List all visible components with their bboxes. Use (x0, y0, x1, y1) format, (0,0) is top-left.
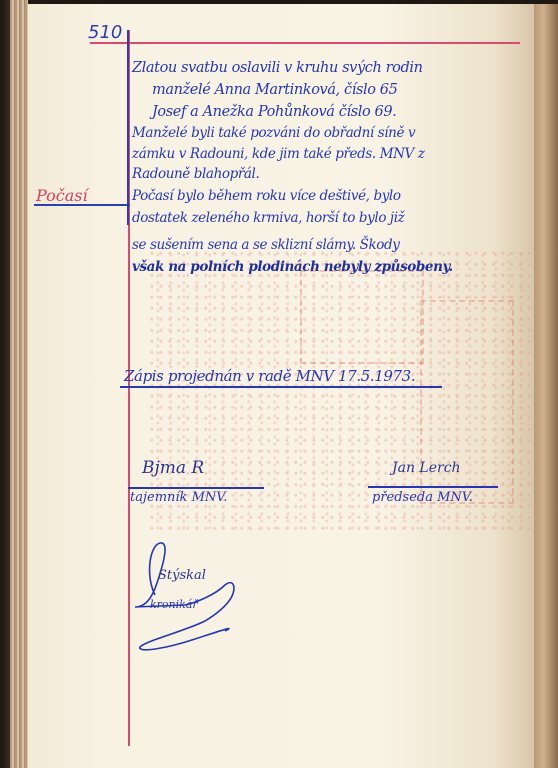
entry-line: Radouně blahopřál. (132, 166, 259, 182)
header-rule (90, 42, 520, 44)
weather-margin-heading: Počasí (36, 186, 88, 205)
entry-line: Zlatou svatbu oslavili v kruhu svých rod… (132, 60, 423, 76)
margin-line-ink (127, 30, 129, 225)
chronicler-role: kronikář (150, 598, 198, 611)
entry-line: manželé Anna Martinková, číslo 65 (152, 82, 397, 98)
weather-line: se sušením sena a se sklizní slámy. Škod… (132, 237, 399, 253)
secretary-role: tajemník MNV. (130, 490, 228, 505)
secretary-signature-line (128, 487, 264, 489)
page-number: 510 (88, 22, 122, 43)
chronicler-signature-flourish (125, 535, 255, 655)
book-cover-edge (0, 0, 10, 768)
entry-line: Manželé byli také pozváni do obřadní sín… (132, 125, 415, 141)
margin-heading-rule (34, 204, 130, 206)
book-spine-right (534, 4, 558, 768)
entry-line: zámku v Radouni, kde jim také předs. MNV… (132, 146, 425, 162)
weather-line: dostatek zeleného krmiva, horší to bylo … (132, 210, 404, 226)
record-note: Zápis projednán v radě MNV 17.5.1973. (124, 367, 415, 385)
secretary-signature: Bjma R (142, 458, 204, 478)
chronicler-signature: Stýskal (158, 568, 206, 583)
chairman-signature-line (368, 486, 498, 488)
chairman-role: předseda MNV. (372, 490, 473, 505)
chairman-signature: Jan Lerch (392, 460, 461, 476)
weather-line: však na polních plodinách nebyly způsobe… (132, 259, 453, 275)
record-note-underline (120, 386, 442, 388)
stamp-bleed-block (300, 270, 424, 364)
entry-line: Josef a Anežka Pohůnková číslo 69. (152, 104, 396, 120)
weather-line: Počasí bylo během roku více deštivé, byl… (132, 188, 401, 204)
page-stack-edge (10, 0, 28, 768)
